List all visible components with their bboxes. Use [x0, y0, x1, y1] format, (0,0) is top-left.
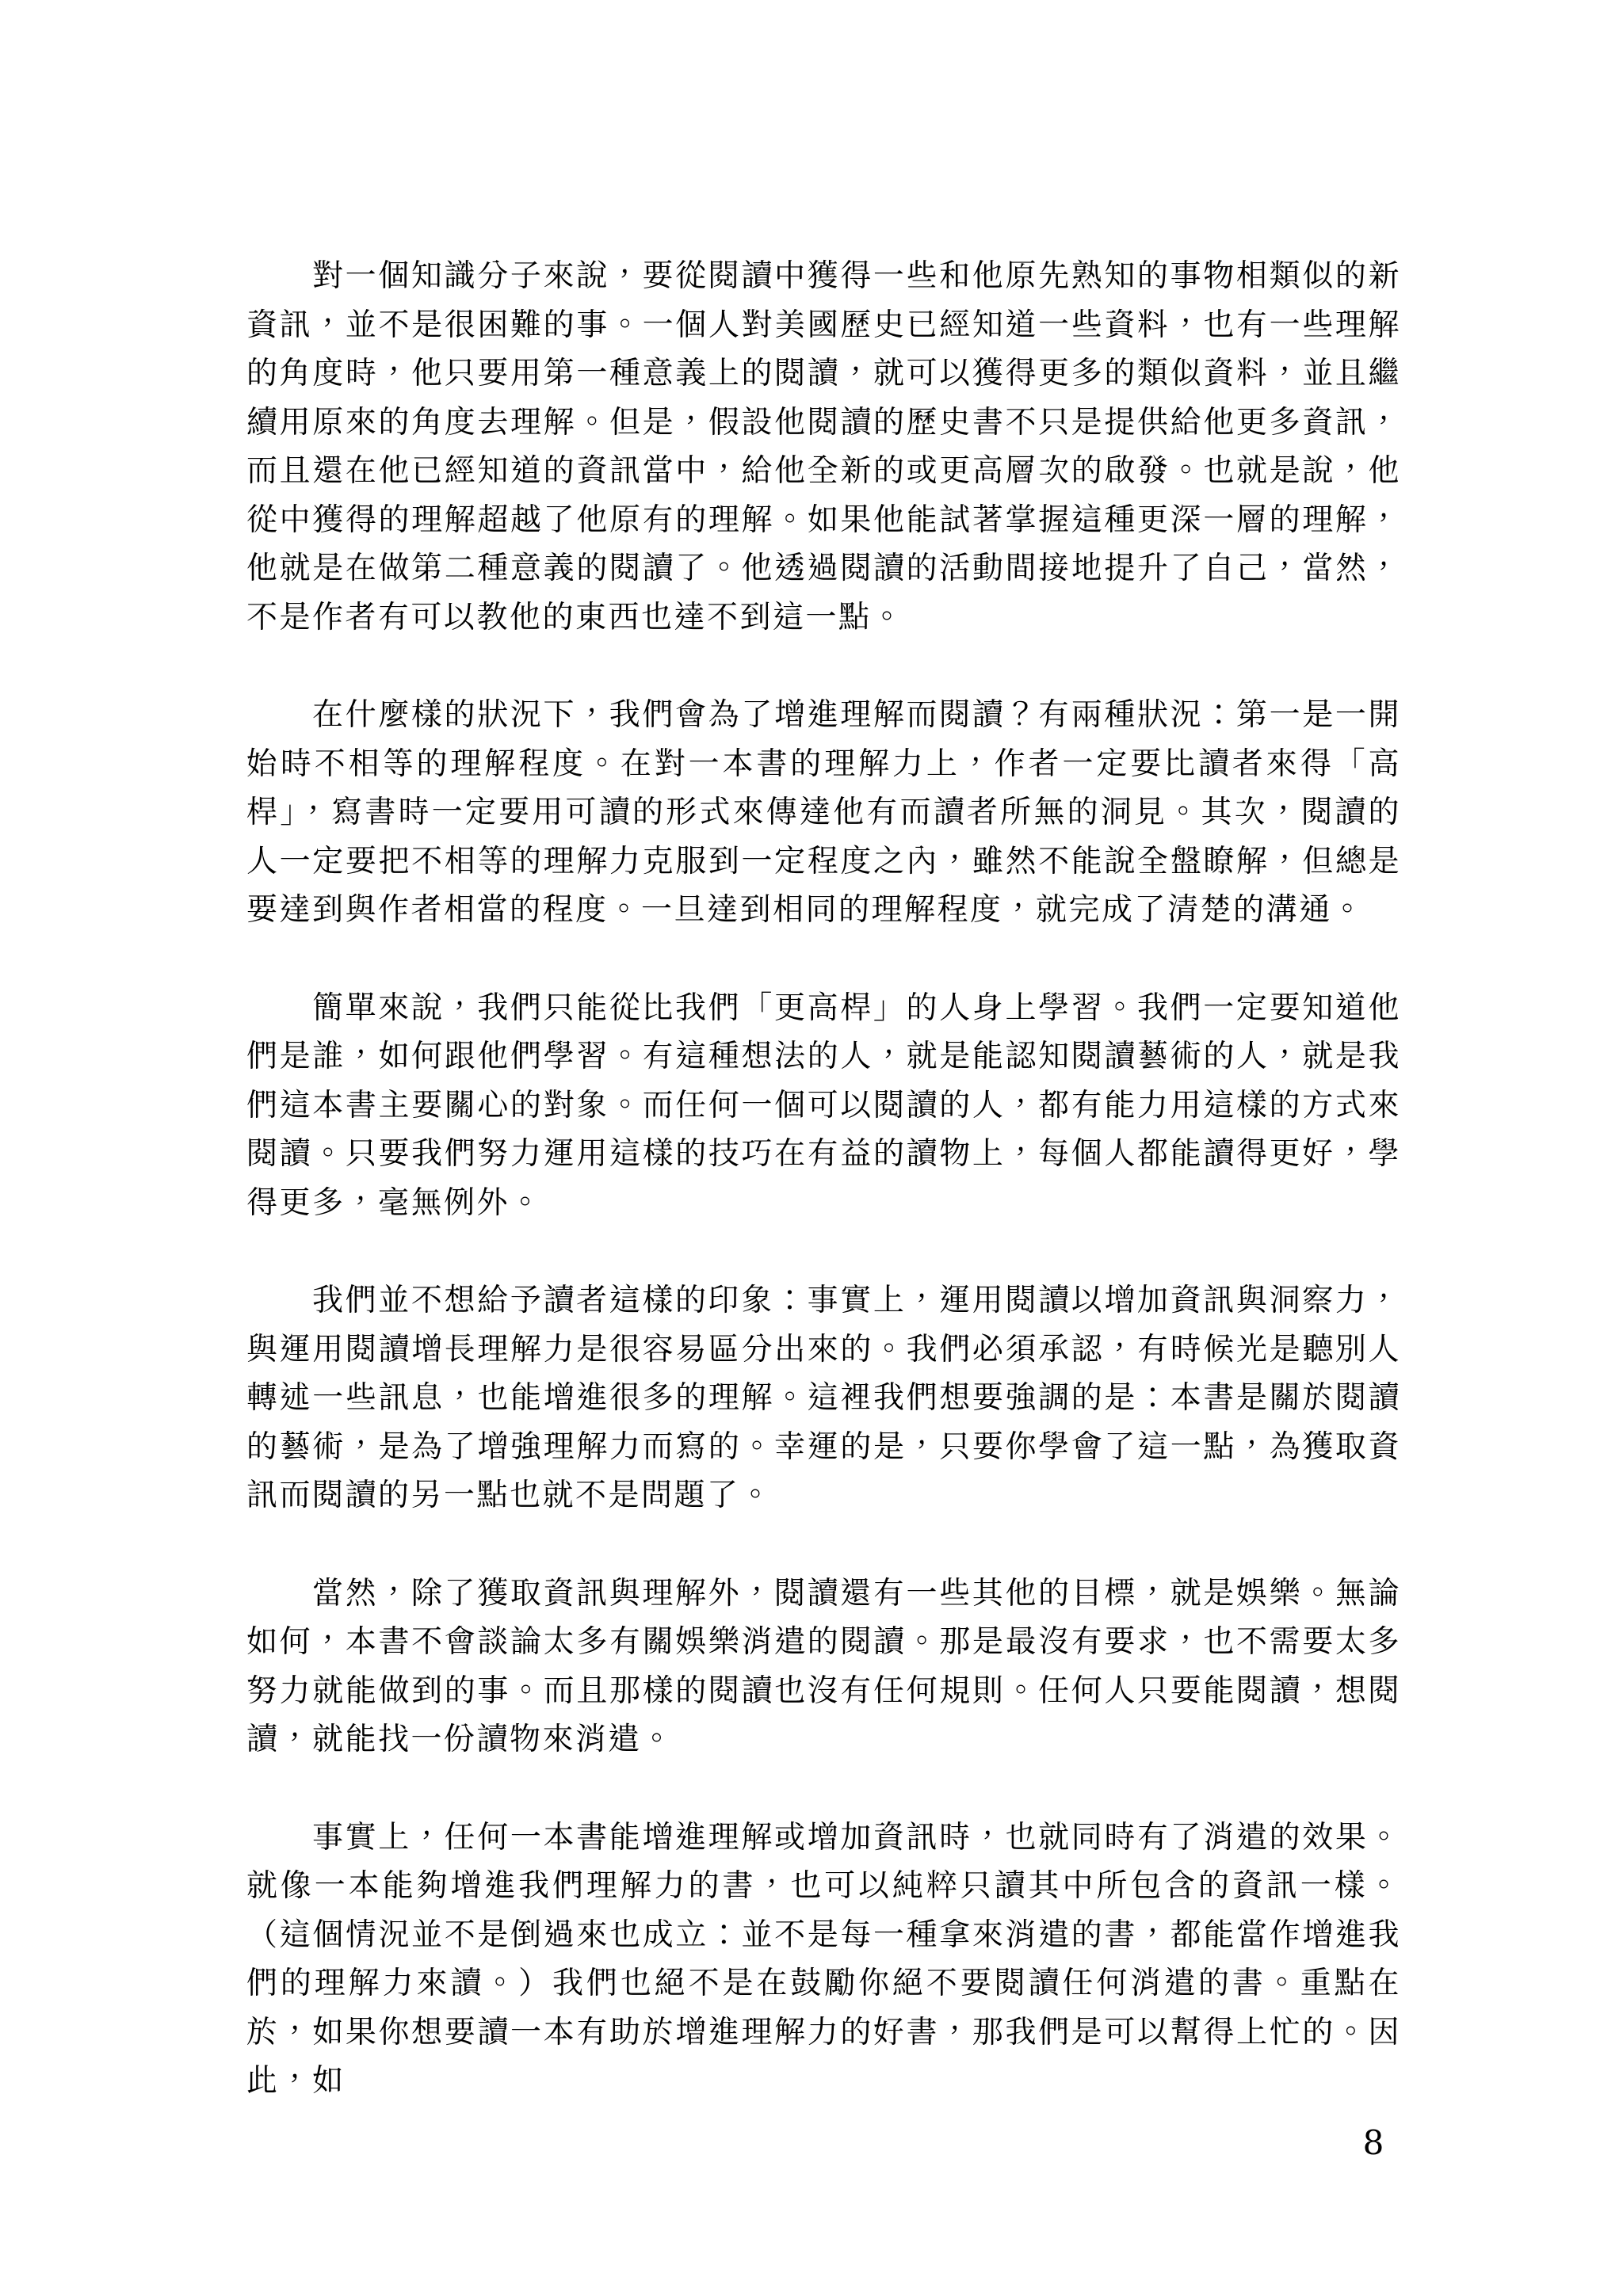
paragraph-4: 我們並不想給予讀者這樣的印象：事實上，運用閱讀以增加資訊與洞察力，與運用閱讀增長… — [246, 1276, 1401, 1520]
page-number: 8 — [1350, 2123, 1397, 2163]
paragraph-5: 當然，除了獲取資訊與理解外，閱讀還有一些其他的目標，就是娛樂。無論如何，本書不會… — [246, 1569, 1401, 1764]
document-page: 對一個知識分子來說，要從閱讀中獲得一些和他原先熟知的事物相類似的新資訊，並不是很… — [0, 0, 1623, 2296]
paragraph-2: 在什麼樣的狀況下，我們會為了增進理解而閱讀？有兩種狀況：第一是一開始時不相等的理… — [246, 691, 1401, 935]
paragraph-6: 事實上，任何一本書能增進理解或增加資訊時，也就同時有了消遣的效果。就像一本能夠增… — [246, 1814, 1401, 2106]
paragraph-3: 簡單來說，我們只能從比我們「更高桿」的人身上學習。我們一定要知道他們是誰，如何跟… — [246, 984, 1401, 1228]
text-block: 對一個知識分子來說，要從閱讀中獲得一些和他原先熟知的事物相類似的新資訊，並不是很… — [246, 252, 1401, 2106]
paragraph-1: 對一個知識分子來說，要從閱讀中獲得一些和他原先熟知的事物相類似的新資訊，並不是很… — [246, 252, 1401, 642]
